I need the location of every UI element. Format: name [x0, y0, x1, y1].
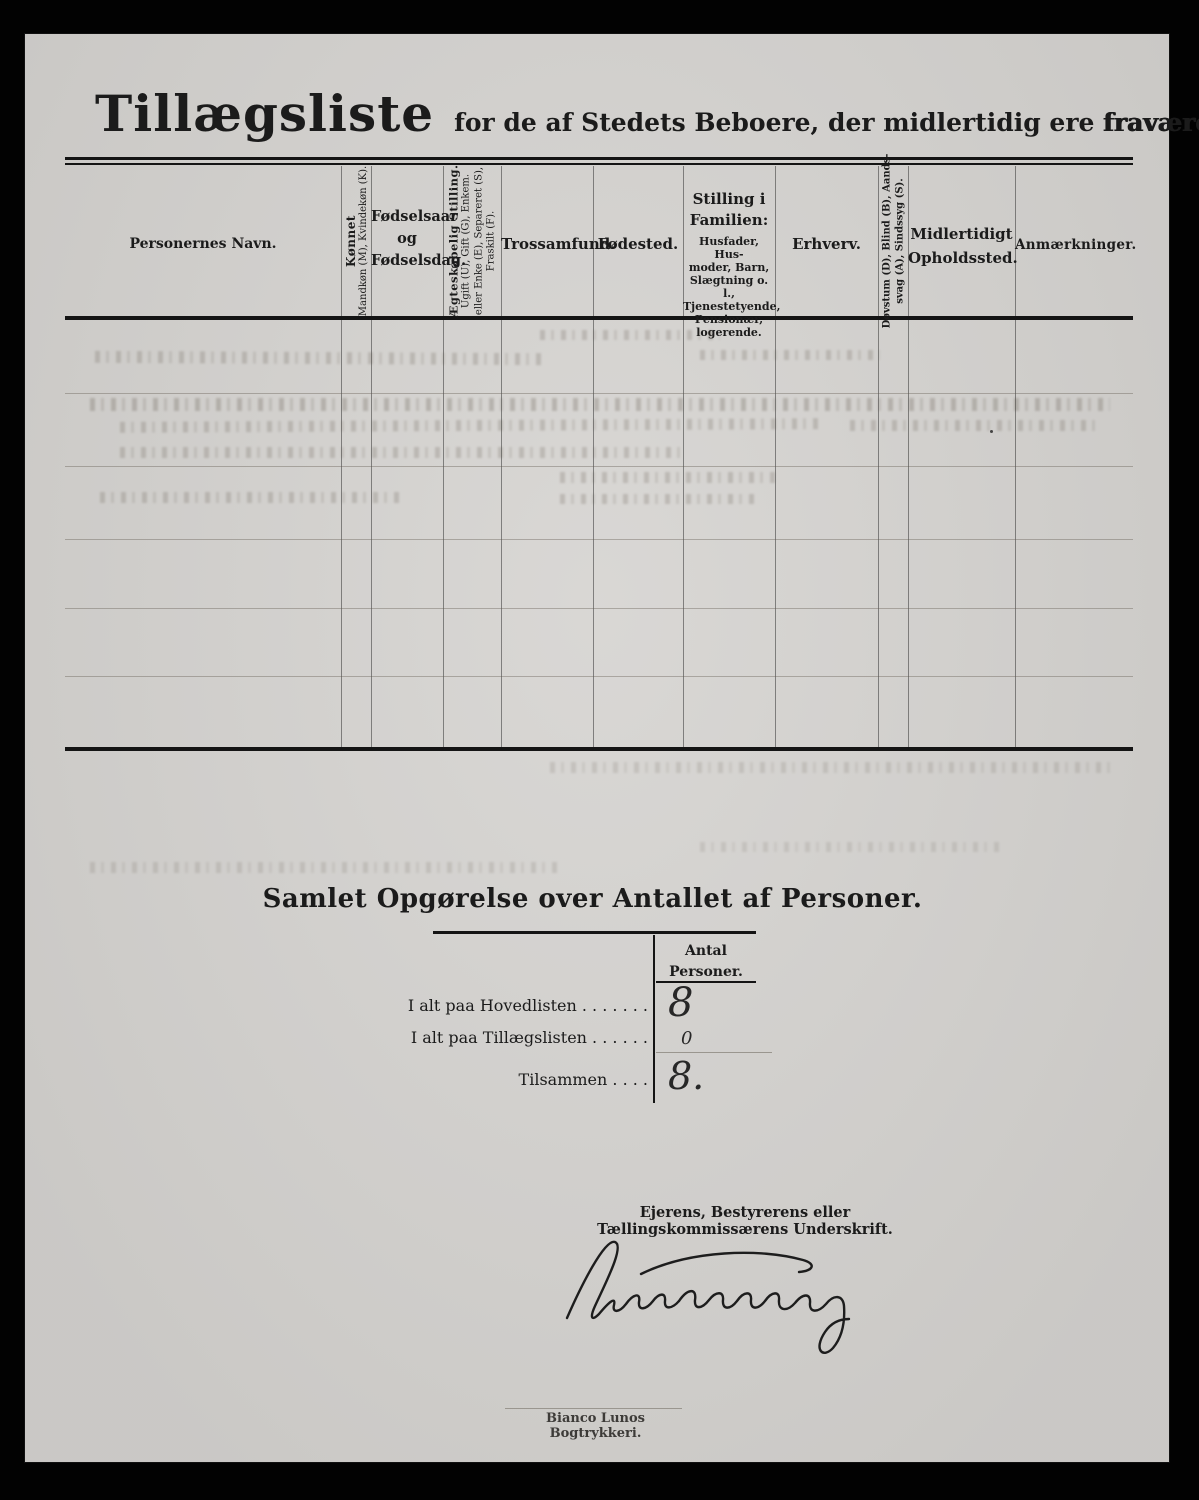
column-header-residence: Midlertidigt Opholdssted.: [908, 222, 1015, 270]
footer-rule: [505, 1408, 682, 1409]
column-header-name: Personernes Navn.: [65, 234, 341, 255]
column-header-family-sub: Husfader, Hus- moder, Barn, Slægtning o.…: [683, 236, 775, 340]
form-subtitle-emphasis: fraværende.: [1103, 108, 1199, 137]
column-header-marital: Ægteskabelig Stilling. Ugift (U), Gift (…: [446, 164, 498, 317]
column-header-marital-title: Ægteskabelig Stilling.: [446, 164, 460, 317]
form-title: Tillægsliste: [95, 84, 434, 143]
column-header-marital-sub3: Fraskilt (F).: [485, 164, 498, 317]
column-header-birthplace: Fødested.: [593, 233, 683, 256]
printer-imprint: Bianco Lunos Bogtrykkeri.: [498, 1411, 693, 1441]
summary-row-label: I alt paa Tillægslisten . . . . . .: [280, 1028, 648, 1047]
ink-bleed-smudge: [95, 351, 545, 365]
table-row: [65, 539, 1133, 540]
signature-handwriting: [555, 1222, 925, 1362]
column-header-disability-sub1: Døvstum (D), Blind (B), Aands-: [882, 154, 895, 329]
column-header-faith: Trossamfund.: [501, 233, 593, 256]
page-title: Tillægsliste for de af Stedets Beboere, …: [95, 84, 1199, 143]
ink-bleed-smudge: [700, 350, 880, 360]
ink-bleed-smudge: [120, 447, 680, 458]
scanned-census-form: Tillægsliste for de af Stedets Beboere, …: [0, 0, 1199, 1500]
summary-row-label: I alt paa Hovedlisten . . . . . . .: [280, 996, 648, 1015]
summary-heading: Samlet Opgørelse over Antallet af Person…: [260, 884, 925, 914]
table-row: [65, 466, 1133, 467]
ink-bleed-smudge: [90, 862, 560, 873]
column-header-remarks: Anmærkninger.: [1015, 235, 1133, 255]
header-bottom-rule: [65, 316, 1133, 320]
column-header-disability-sub2: svag (A), Sindssyg (S).: [894, 154, 907, 329]
summary-value-tillaegslisten: 0: [681, 1028, 692, 1049]
summary-top-rule: [433, 931, 756, 934]
column-header-sex-sub: Mandkøn (M), Kvindekøn (K).: [358, 166, 371, 316]
title-rule-top: [65, 157, 1133, 160]
title-rule-bottom: [65, 163, 1133, 165]
ink-bleed-smudge: [550, 762, 1110, 773]
column-header-marital-sub2: eller Enke (E), Separeret (S),: [473, 164, 486, 317]
column-header-sex-title: Kønnet: [344, 166, 358, 316]
summary-col-header: Antal Personer.: [656, 941, 756, 983]
ink-speck: [990, 430, 993, 433]
column-header-disability: Døvstum (D), Blind (B), Aands- svag (A),…: [882, 154, 907, 329]
column-header-marital-sub1: Ugift (U), Gift (G), Enkem.: [460, 164, 473, 317]
table-bottom-rule: [65, 747, 1133, 751]
column-header-sex: Kønnet Mandkøn (M), Kvindekøn (K).: [344, 166, 371, 316]
column-line: [878, 166, 879, 747]
ink-bleed-smudge: [560, 494, 760, 504]
ink-bleed-smudge: [560, 472, 780, 483]
form-subtitle-text: for de af Stedets Beboere, der midlertid…: [454, 108, 1094, 137]
ink-bleed-smudge: [540, 330, 720, 340]
table-row: [65, 608, 1133, 609]
column-header-family-title: Stilling i Familien:: [683, 189, 775, 231]
summary-subtotal-rule: [656, 1052, 772, 1053]
column-header-occupation: Erhverv.: [775, 233, 878, 256]
summary-value-tilsammen: 8.: [668, 1054, 704, 1098]
summary-vertical-rule: [653, 935, 655, 1103]
summary-row-label: Tilsammen . . . .: [280, 1070, 648, 1089]
table-row: [65, 393, 1133, 394]
ink-bleed-smudge: [90, 398, 1110, 411]
ink-bleed-smudge: [700, 842, 1000, 852]
ink-bleed-smudge: [850, 420, 1100, 431]
form-subtitle: for de af Stedets Beboere, der midlertid…: [454, 108, 1199, 137]
table-row: [65, 676, 1133, 677]
summary-value-hovedlisten: 8: [668, 980, 693, 1026]
column-header-birth: Fødselsaar og Fødselsdag.: [371, 206, 443, 271]
ink-bleed-smudge: [100, 492, 400, 503]
